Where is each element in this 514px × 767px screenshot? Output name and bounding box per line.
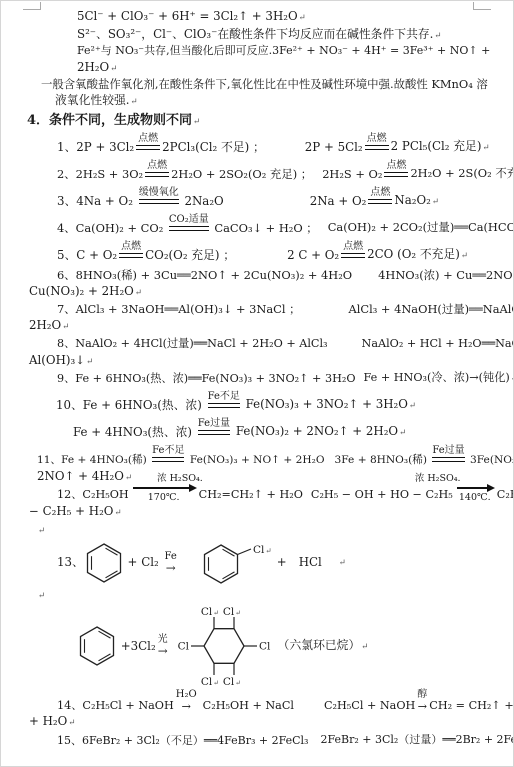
condition-label: 点燃 <box>370 187 390 198</box>
reaction-condition-over-equals: Fe过量 <box>432 445 464 468</box>
text-run: C₂H₅ − OH + HO − C₂H₅ <box>311 488 453 503</box>
equation-2: 2、2H₂S + 3O₂点燃2H₂O + 2SO₂(O₂ 充足) ；2H₂S +… <box>1 160 505 183</box>
text-run: CH₂ = CH₂↑ + NaCl <box>429 699 514 714</box>
reaction-condition-over-equals: Fe不足 <box>208 391 240 414</box>
spacer <box>312 182 322 183</box>
reaction-condition-over-equals: Fe不足 <box>152 445 184 468</box>
paragraph-mark-icon: ↵ <box>193 117 200 127</box>
text-run: 一般含氧酸盐作氧化剂,在酸性条件下,氧化性比在中性及碱性环境中强.故酸性 KMn… <box>41 77 488 92</box>
spacer <box>287 562 299 563</box>
text-run: 2H₂O + 2S(O₂ 不充足)↵ <box>410 166 514 183</box>
double-equals-line <box>365 145 389 150</box>
text-run: 1、2P + 3Cl₂ <box>57 140 134 156</box>
temperature-label: 140℃. <box>459 492 491 503</box>
text-run: Fe(NO₃)₃ + NO↑ + 2H₂O <box>186 454 324 468</box>
text-run: − C₂H₅ + H₂O↵ <box>29 504 123 521</box>
spacer <box>294 712 324 713</box>
labeled-reaction-arrow: 光→ <box>158 634 168 658</box>
equation-10b: Fe + 4HNO₃(热、浓) Fe过量 Fe(NO₃)₂ + 2NO₂↑ + … <box>1 418 505 441</box>
document-content: 5Cl⁻ + ClO₃⁻ + 6H⁺ = 3Cl₂↑ + 3H₂O↵S²⁻、SO… <box>1 1 513 749</box>
text-run: Ca(OH)₂ + 2CO₂(过量)══Ca(HCO₃)₂↵ <box>328 220 514 237</box>
condition-label: 点燃 <box>147 160 167 171</box>
spacer <box>265 155 305 156</box>
spacer <box>179 562 201 563</box>
text-run: 12、C₂H₅OH <box>57 488 129 503</box>
equation-12: 12、C₂H₅OH170℃.CH₂=CH₂↑ + H₂OC₂H₅ − OH + … <box>1 487 505 502</box>
paragraph-mark-icon: ↵ <box>38 591 45 601</box>
paragraph-mark-icon: ↵ <box>339 558 346 568</box>
double-equals-line <box>368 199 392 204</box>
reaction-condition-over-equals: 点燃 <box>341 241 365 264</box>
paragraph-mark-icon: ↵ <box>434 31 441 41</box>
paragraph-mark-icon: ↵ <box>125 473 132 483</box>
paragraph-mark-icon: ↵ <box>299 13 306 23</box>
paragraph-mark-icon: ↵ <box>110 64 117 74</box>
spacer <box>303 502 311 503</box>
paragraph-mark-icon: ↵ <box>399 428 406 438</box>
text-run: CO₂(O₂ 充足) ； <box>145 248 235 264</box>
text-run: C₂H₅Cl + NaOH <box>324 699 415 714</box>
spacer <box>322 562 338 563</box>
equation-5: 5、C + O₂点燃CO₂(O₂ 充足) ；2 C + O₂点燃2CO (O₂ … <box>1 241 505 264</box>
labeled-reaction-arrow: 醇→ <box>417 689 427 713</box>
condition-label: H₂O <box>176 689 197 700</box>
equation-8: 8、NaAlO₂ + 4HCl(过量)══NaCl + 2H₂O + AlCl₃… <box>1 337 505 352</box>
reaction-condition-over-equals: 缓慢氧化 <box>139 187 179 210</box>
svg-text:Cl↵: Cl↵ <box>201 676 219 688</box>
spacer <box>301 316 349 317</box>
spacer <box>224 209 310 210</box>
reaction-condition-over-equals: Fe过量 <box>198 418 230 441</box>
paragraph-mark-icon: ↵ <box>86 357 93 367</box>
paragraph-mark-icon: ↵ <box>135 288 142 298</box>
arrow-icon: → <box>158 645 168 658</box>
text-run: C₂H₅OH + NaCl <box>203 699 294 714</box>
margin-crop-mark-top-left <box>23 2 41 10</box>
text-run: 3Fe + 8HNO₃(稀) <box>335 454 431 468</box>
double-equals-line <box>384 172 408 177</box>
text-run: 2、2H₂S + 3O₂ <box>57 167 143 182</box>
text-run: CH₂=CH₂↑ + H₂O <box>199 488 303 503</box>
spacer <box>328 351 362 352</box>
equation-14-continuation: + H₂O↵ <box>1 714 505 731</box>
text-run: S²⁻、SO₃²⁻，Cl⁻、ClO₃⁻在酸性条件下均反应而在碱性条件下共存.↵ <box>77 27 443 44</box>
arrow-icon: → <box>182 700 191 713</box>
text-run: 7、AlCl₃ + 3NaOH══Al(OH)₃↓ + 3NaCl ； <box>57 302 301 317</box>
text-run: 2 C + O₂ <box>287 248 339 264</box>
double-equals-line <box>136 145 160 150</box>
double-equals-line <box>139 199 179 204</box>
double-equals-line <box>198 430 230 435</box>
equation-7-continuation: 2H₂O↵ <box>1 318 505 335</box>
text-run: 2CO (O₂ 不充足)↵ <box>367 247 469 264</box>
condition-label: Fe过量 <box>198 418 230 429</box>
equation-8-continuation: Al(OH)₃↓↵ <box>1 353 505 370</box>
condition-label: 缓慢氧化 <box>139 187 179 198</box>
svg-text:Cl↵: Cl↵ <box>201 606 219 618</box>
equation-14: 14、C₂H₅Cl + NaOHH₂O→C₂H₅OH + NaClC₂H₅Cl … <box>1 689 505 713</box>
spacer <box>133 484 157 485</box>
paragraph-mark-icon: ↵ <box>62 322 69 332</box>
text-run: AlCl₃ + 4NaOH(过量)══NaAlO₂ + <box>349 302 514 317</box>
text-run: 4．条件不同，生成物则不同↵ <box>27 112 201 130</box>
margin-crop-mark-top-right <box>473 2 491 10</box>
condition-label: 醇 <box>417 689 427 700</box>
text-run: Fe + HNO₃(冷、浓)→(钝化)↵ <box>364 371 514 387</box>
intro-line-3: Fe²⁺与 NO₃⁻共存,但当酸化后即可反应.3Fe²⁺ + NO₃⁻ + 4H… <box>1 44 505 59</box>
blank-paragraph-2: ↵ <box>1 587 505 604</box>
equation-13b: +3Cl₂光→Cl↵Cl↵ClClCl↵Cl↵（六氯环已烷）↵ <box>1 604 505 688</box>
text-run: 4HNO₃(浓) + Cu══2NO₂↑ + <box>378 268 514 283</box>
equation-6: 6、8HNO₃(稀) + 3Cu══2NO↑ + 2Cu(NO₃)₂ + 4H₂… <box>1 268 505 283</box>
condition-label: Fe不足 <box>152 445 184 456</box>
condition-label: Fe不足 <box>208 391 240 402</box>
paragraph-mark-icon: ↵ <box>68 718 75 728</box>
double-equals-line <box>145 172 169 177</box>
labeled-reaction-arrow: Fe→ <box>164 551 176 575</box>
text-run: Fe²⁺与 NO₃⁻共存,但当酸化后即可反应.3Fe²⁺ + NO₃⁻ + 4H… <box>77 44 490 59</box>
paragraph-mark-icon: ↵ <box>38 526 45 536</box>
text-run: 14、C₂H₅Cl + NaOH <box>57 699 174 714</box>
intro-line-2: S²⁻、SO₃²⁻，Cl⁻、ClO₃⁻在酸性条件下均反应而在碱性条件下共存.↵ <box>1 27 505 44</box>
equation-7: 7、AlCl₃ + 3NaOH══Al(OH)₃↓ + 3NaCl ；AlCl₃… <box>1 302 505 317</box>
paragraph-mark-icon: ↵ <box>131 97 138 107</box>
svg-text:Cl↵: Cl↵ <box>223 676 241 688</box>
spacer <box>352 282 378 283</box>
text-run: Na₂O₂↵ <box>394 193 440 210</box>
benzene-ring-icon <box>77 624 117 668</box>
text-run: + <box>277 555 287 571</box>
arrow-icon: → <box>418 700 427 713</box>
paragraph-mark-icon: ↵ <box>482 143 489 153</box>
paragraph-mark-icon: ↵ <box>461 251 468 261</box>
spacer <box>318 236 328 237</box>
intro-line-6: 液氧化性较强.↵ <box>1 93 505 110</box>
condition-label: CO₂适量 <box>169 214 209 225</box>
arrow-icon <box>133 487 195 488</box>
text-run: 9、Fe + 6HNO₃(热、浓)══Fe(NO₃)₃ + 3NO₂↑ + 3H… <box>57 372 356 387</box>
equation-13a: 13、 + Cl₂ Fe→Cl↵+HCl↵ <box>1 540 505 586</box>
intro-line-4: 2H₂O↵ <box>1 60 505 77</box>
spacer <box>356 386 364 387</box>
condition-label: 点燃 <box>367 133 387 144</box>
double-equals-line <box>432 457 464 462</box>
text-run: ↵ <box>37 587 46 604</box>
text-run: HCl <box>299 555 322 571</box>
text-run: 4、Ca(OH)₂ + CO₂ <box>57 221 167 236</box>
svg-text:Cl: Cl <box>177 641 189 653</box>
text-run: 2H₂S + O₂ <box>322 167 382 182</box>
text-run: ↵ <box>338 554 347 571</box>
equation-4: 4、Ca(OH)₂ + CO₂ CO₂适量 CaCO₃↓ + H₂O ；Ca(O… <box>1 214 505 237</box>
text-run: 2H₂O + 2SO₂(O₂ 充足) ； <box>171 167 312 182</box>
text-run: 液氧化性较强.↵ <box>55 93 139 110</box>
spacer <box>325 467 335 468</box>
text-run: 15、6FeBr₂ + 3Cl₂（不足）══4FeBr₃ + 2FeCl₃ <box>57 734 308 749</box>
text-run: NaAlO₂ + HCl + H₂O══NaCl + <box>362 337 514 352</box>
equation-15: 15、6FeBr₂ + 3Cl₂（不足）══4FeBr₃ + 2FeCl₃2Fe… <box>1 733 505 749</box>
reaction-condition-over-equals: 点燃 <box>384 160 408 183</box>
arrow-icon: → <box>166 562 176 575</box>
text-run: 2Na + O₂ <box>310 194 367 210</box>
equation-11-continuation: 2NO↑ + 4H₂O↵浓 H₂SO₄.浓 H₂SO₄. <box>1 469 505 486</box>
svg-text:Cl↵: Cl↵ <box>253 544 272 556</box>
svg-text:Cl↵: Cl↵ <box>223 606 241 618</box>
text-run: Fe(NO₃)₃ + 3NO₂↑ + 3H₂O↵ <box>242 397 417 414</box>
arrow-icon <box>457 487 493 488</box>
blank-paragraph-1: ↵ <box>1 522 505 539</box>
double-equals-line <box>341 253 365 258</box>
text-run: 8、NaAlO₂ + 4HCl(过量)══NaCl + 2H₂O + AlCl₃ <box>57 337 328 352</box>
double-equals-line <box>119 253 143 258</box>
text-run: （六氯环已烷）↵ <box>278 638 370 655</box>
double-equals-line <box>169 226 209 231</box>
section-heading: 4．条件不同，生成物则不同↵ <box>1 112 505 130</box>
text-run: 10、Fe + 6HNO₃(热、浓) <box>56 398 206 414</box>
reaction-condition-over-equals: CO₂适量 <box>169 214 209 237</box>
equation-10: 10、Fe + 6HNO₃(热、浓) Fe不足 Fe(NO₃)₃ + 3NO₂↑… <box>1 391 505 414</box>
reaction-condition-over-equals: 点燃 <box>368 187 392 210</box>
chlorobenzene-structure: Cl↵ <box>201 540 277 586</box>
text-run: Al(OH)₃↓↵ <box>29 353 94 370</box>
text-run: 2PCl₃(Cl₂ 不足) ； <box>162 140 265 156</box>
equation-12-continuation: − C₂H₅ + H₂O↵ <box>1 504 505 521</box>
text-run: +3Cl₂ <box>117 639 156 655</box>
condition-label: 点燃 <box>343 241 363 252</box>
text-run: Fe + 4HNO₃(热、浓) <box>73 425 196 441</box>
text-run: + Cl₂ <box>124 555 163 571</box>
text-run: Fe(NO₃)₂ + 2NO₂↑ + 2H₂O↵ <box>232 424 407 441</box>
spacer <box>235 263 287 264</box>
equation-1: 1、2P + 3Cl₂点燃2PCl₃(Cl₂ 不足) ；2P + 5Cl₂点燃2… <box>1 133 505 156</box>
paragraph-mark-icon: ↵ <box>361 642 368 652</box>
text-run: 2 PCl₅(Cl₂ 充足)↵ <box>391 139 491 156</box>
text-run: 2P + 5Cl₂ <box>305 140 363 156</box>
spacer <box>308 748 320 749</box>
text-run: 2FeBr₂ + 3Cl₂（过量）══2Br₂ + 2FeCl₃↵ <box>320 733 514 749</box>
temperature-label: 170℃. <box>148 492 180 503</box>
text-run: 3Fe(NO₃)₂ + <box>467 454 514 468</box>
text-run: CaCO₃↓ + H₂O ； <box>211 221 318 236</box>
reaction-condition-over-equals: 点燃 <box>145 160 169 183</box>
condition-label: 点燃 <box>121 241 141 252</box>
double-equals-line <box>208 403 240 408</box>
intro-line-1: 5Cl⁻ + ClO₃⁻ + 6H⁺ = 3Cl₂↑ + 3H₂O↵ <box>1 9 505 26</box>
text-run: + H₂O↵ <box>29 714 76 731</box>
equation-3: 3、4Na + O₂ 缓慢氧化 2Na₂O2Na + O₂点燃Na₂O₂↵ <box>1 187 505 210</box>
condition-label: 点燃 <box>386 160 406 171</box>
text-run: ↵ <box>37 522 46 539</box>
paragraph-mark-icon: ↵ <box>432 197 439 207</box>
text-run: 6、8HNO₃(稀) + 3Cu══2NO↑ + 2Cu(NO₃)₂ + 4H₂… <box>57 268 352 283</box>
text-run: 2H₂O↵ <box>77 60 118 77</box>
reaction-condition-over-equals: 点燃 <box>365 133 389 156</box>
text-run: 5、C + O₂ <box>57 248 117 264</box>
labeled-reaction-arrow: 170℃. <box>133 487 195 502</box>
equation-11: 11、Fe + 4HNO₃(稀) Fe不足 Fe(NO₃)₃ + NO↑ + 2… <box>1 445 505 468</box>
equation-6-continuation: Cu(NO₃)₂ + 2H₂O↵ <box>1 284 505 301</box>
text-run: 11、Fe + 4HNO₃(稀) <box>37 454 150 468</box>
text-run: 2Na₂O <box>181 194 224 210</box>
text-run: 2H₂O↵ <box>29 318 70 335</box>
text-run: Cu(NO₃)₂ + 2H₂O↵ <box>29 284 143 301</box>
condition-label: 点燃 <box>138 133 158 144</box>
text-run: 2NO↑ + 4H₂O↵ <box>37 469 133 486</box>
paragraph-mark-icon: ↵ <box>114 508 121 518</box>
reaction-condition-over-equals: 点燃 <box>119 241 143 264</box>
spacer <box>203 484 415 485</box>
reaction-condition-over-equals: 点燃 <box>136 133 160 156</box>
labeled-reaction-arrow: 140℃. <box>457 487 493 502</box>
double-equals-line <box>152 457 184 462</box>
condition-label: Fe过量 <box>432 445 464 456</box>
text-run: 5Cl⁻ + ClO₃⁻ + 6H⁺ = 3Cl₂↑ + 3H₂O↵ <box>77 9 307 26</box>
paragraph-mark-icon: ↵ <box>409 401 416 411</box>
benzene-ring-icon <box>84 541 124 585</box>
intro-line-5: 一般含氧酸盐作氧化剂,在酸性条件下,氧化性比在中性及碱性环境中强.故酸性 KMn… <box>1 77 505 92</box>
text-run: 3、4Na + O₂ <box>57 194 137 210</box>
document-page: 5Cl⁻ + ClO₃⁻ + 6H⁺ = 3Cl₂↑ + 3H₂O↵S²⁻、SO… <box>0 0 514 767</box>
svg-text:Cl: Cl <box>259 641 271 653</box>
labeled-reaction-arrow: H₂O→ <box>176 689 197 713</box>
equation-9: 9、Fe + 6HNO₃(热、浓)══Fe(NO₃)₃ + 3NO₂↑ + 3H… <box>1 371 505 387</box>
text-run: 浓 H₂SO₄. <box>415 473 461 486</box>
text-run: 13、 <box>57 555 84 571</box>
hexachlorocyclohexane-structure: Cl↵Cl↵ClClCl↵Cl↵ <box>172 604 278 688</box>
text-run: C₂H₅ − O <box>497 488 514 503</box>
